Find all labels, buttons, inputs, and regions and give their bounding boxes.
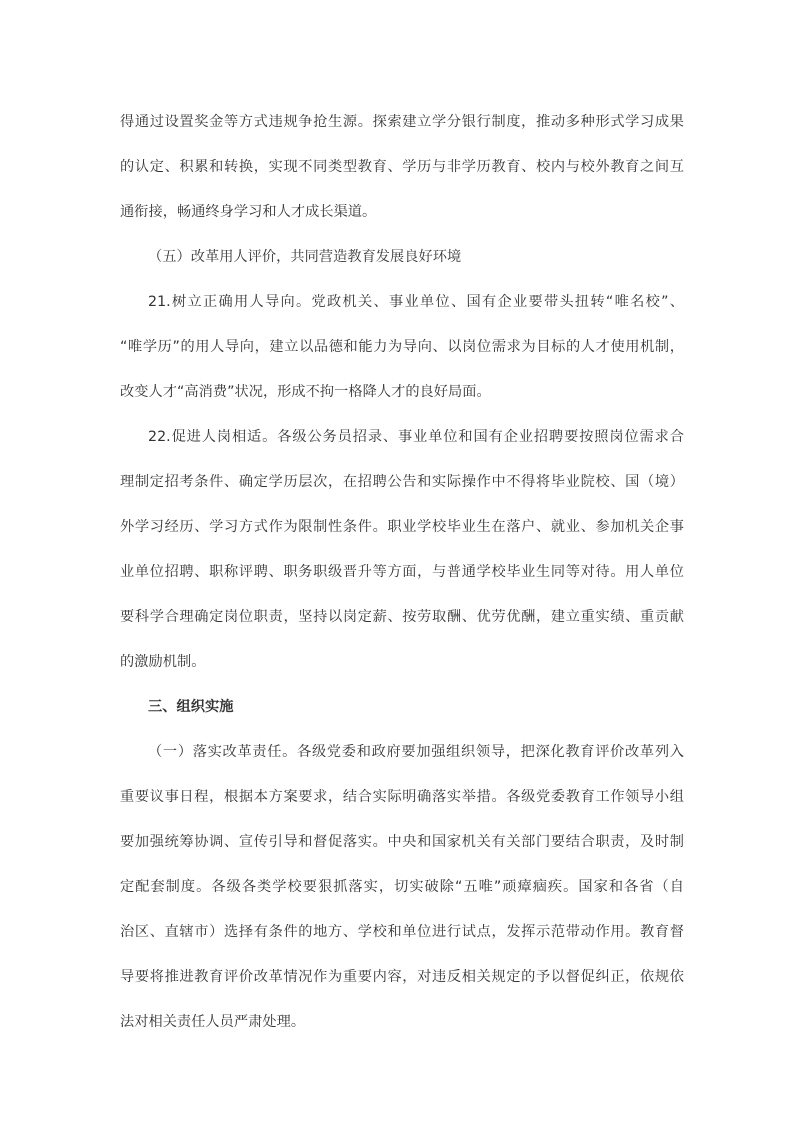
text-line: 22.促进人岗相适。各级公务员招录、事业单位和国有企业招聘要按照岗位需求合 (120, 415, 684, 460)
text-line: 21.树立正确用人导向。党政机关、事业单位、国有企业要带头扭转“唯名校”、 (120, 280, 684, 325)
paragraph-item-22: 22.促进人岗相适。各级公务员招录、事业单位和国有企业招聘要按照岗位需求合 理制… (120, 415, 684, 685)
text-line: （五）改革用人评价，共同营造教育发展良好环境 (148, 235, 684, 280)
paragraph-lifelong-learning: 得通过设置奖金等方式违规争抢生源。探索建立学分银行制度，推动多种形式学习成果 的… (120, 100, 684, 235)
subheading-employment-evaluation: （五）改革用人评价，共同营造教育发展良好环境 (120, 235, 684, 280)
text-line: 治区、直辖市）选择有条件的地方、学校和单位进行试点，发挥示范带动作用。教育督 (120, 910, 684, 955)
text-line: “唯学历”的用人导向，建立以品德和能力为导向、以岗位需求为目标的人才使用机制， (120, 325, 684, 370)
text-line: 的激励机制。 (120, 640, 684, 685)
paragraph-implement-responsibility: （一）落实改革责任。各级党委和政府要加强组织领导，把深化教育评价改革列入 重要议… (120, 730, 684, 1045)
text-line: 重要议事日程，根据本方案要求，结合实际明确落实举措。各级党委教育工作领导小组 (120, 775, 684, 820)
text-line: 通衔接，畅通终身学习和人才成长渠道。 (120, 190, 684, 235)
text-line: 外学习经历、学习方式作为限制性条件。职业学校毕业生在落户、就业、参加机关企事 (120, 505, 684, 550)
text-line: 定配套制度。各级各类学校要狠抓落实，切实破除“五唯”顽瘴痼疾。国家和各省（自 (120, 865, 684, 910)
text-line: 得通过设置奖金等方式违规争抢生源。探索建立学分银行制度，推动多种形式学习成果 (120, 100, 684, 145)
text-line: 业单位招聘、职称评聘、职务职级晋升等方面，与普通学校毕业生同等对待。用人单位 (120, 550, 684, 595)
section-heading-organization: 三、组织实施 (120, 685, 684, 730)
paragraph-item-21: 21.树立正确用人导向。党政机关、事业单位、国有企业要带头扭转“唯名校”、 “唯… (120, 280, 684, 415)
text-line: 理制定招考条件、确定学历层次，在招聘公告和实际操作中不得将毕业院校、国（境） (120, 460, 684, 505)
text-line: 要科学合理确定岗位职责，坚持以岗定薪、按劳取酬、优劳优酬，建立重实绩、重贡献 (120, 595, 684, 640)
document-page: 得通过设置奖金等方式违规争抢生源。探索建立学分银行制度，推动多种形式学习成果 的… (120, 100, 684, 1045)
text-line: （一）落实改革责任。各级党委和政府要加强组织领导，把深化教育评价改革列入 (120, 730, 684, 775)
text-line: 三、组织实施 (148, 685, 684, 730)
text-line: 的认定、积累和转换，实现不同类型教育、学历与非学历教育、校内与校外教育之间互 (120, 145, 684, 190)
text-line: 导要将推进教育评价改革情况作为重要内容，对违反相关规定的予以督促纠正，依规依 (120, 955, 684, 1000)
text-line: 改变人才“高消费”状况，形成不拘一格降人才的良好局面。 (120, 370, 684, 415)
text-line: 要加强统筹协调、宣传引导和督促落实。中央和国家机关有关部门要结合职责，及时制 (120, 820, 684, 865)
text-line: 法对相关责任人员严肃处理。 (120, 1000, 684, 1045)
